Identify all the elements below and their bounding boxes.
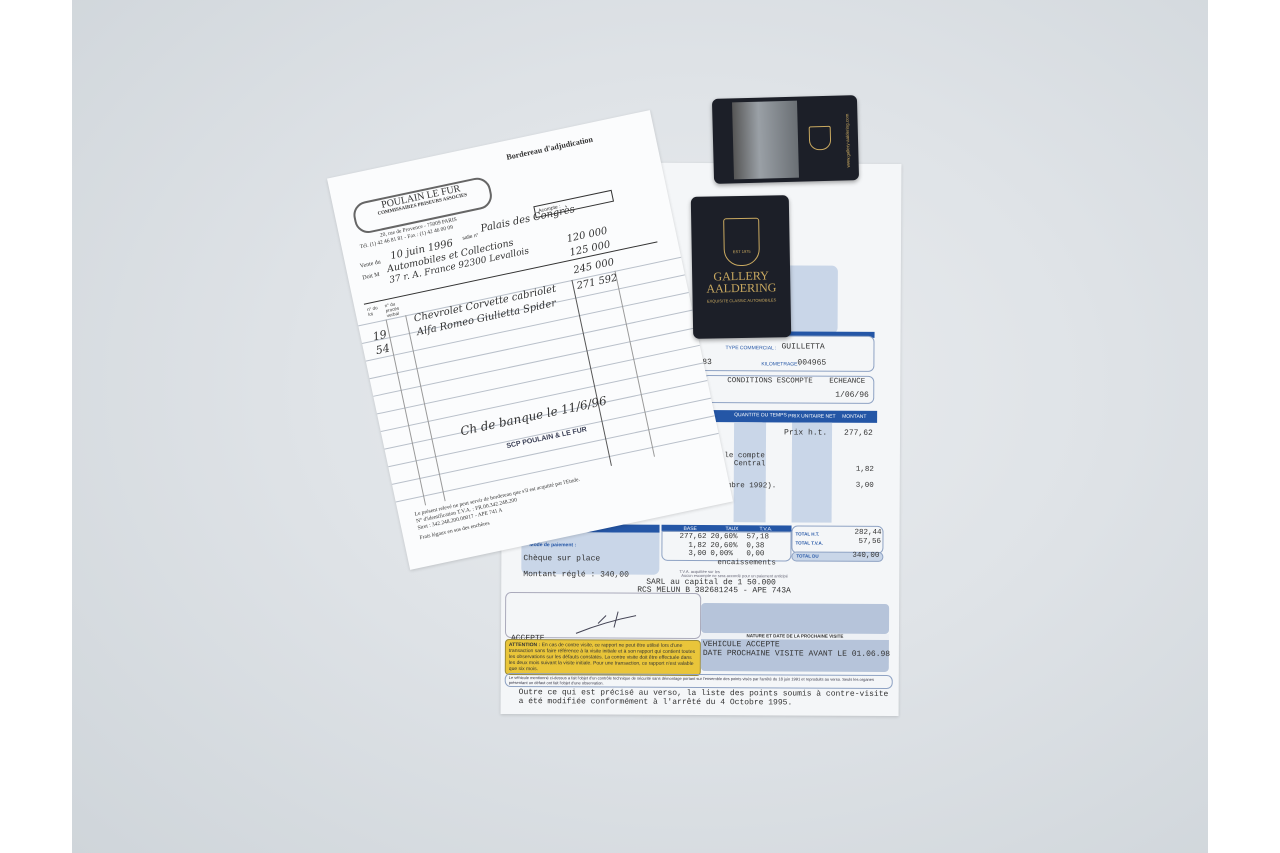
mode-paiement: Chèque sur place bbox=[523, 554, 600, 563]
total-du-box: TOTAL DU 340,00 bbox=[791, 551, 883, 561]
total-du: 340,00 bbox=[852, 552, 879, 560]
prix-ht-amount: 277,62 bbox=[844, 429, 873, 438]
gallery-booklet: EST 1975 GALLERY AALDERING EXQUISITE CLA… bbox=[691, 195, 791, 339]
crest-icon bbox=[809, 126, 832, 151]
next-visit-box: VEHICULE ACCEPTE DATE PROCHAINE VISITE A… bbox=[701, 639, 889, 672]
total-ht: 282,44 bbox=[854, 529, 881, 537]
kilometrage: 004965 bbox=[797, 359, 826, 368]
montant-regle: Montant réglé : 340,00 bbox=[523, 570, 629, 580]
gallery-business-card: www.gallery-aaldering.com bbox=[712, 95, 859, 184]
signature-box bbox=[505, 592, 701, 639]
legal-note: Le véhicule mentionné ci-dessus a fait l… bbox=[505, 673, 893, 689]
tva-table: 277,621,823,00 20,60%20,60%0,00% 57,180,… bbox=[661, 531, 791, 562]
line-items-header: QUANTITE OU TEMPS PRIX UNITAIRE NET MONT… bbox=[702, 410, 877, 423]
bordereau-title: Bordereau d'adjudication bbox=[506, 135, 594, 162]
gallery-name: GALLERY AALDERING bbox=[692, 269, 790, 295]
echeance-date: 1/06/96 bbox=[835, 391, 869, 400]
attention-box: ATTENTION : En cas de contre visite, ce … bbox=[505, 639, 701, 676]
conditions-box: CONDITIONS ESCOMPTE ECHEANCE 1/06/96 bbox=[702, 375, 874, 404]
total-tva: 57,56 bbox=[858, 538, 881, 546]
vehicle-info-box: TYPE COMMERCIAL : GUILLETTA KILOMETRAGE … bbox=[692, 335, 874, 372]
signature-mark bbox=[506, 593, 700, 638]
crest-icon: EST 1975 bbox=[723, 218, 760, 267]
type-commercial: GUILLETTA bbox=[781, 342, 824, 351]
totals-box: TOTAL H.T. 282,44 TOTAL T.V.A. 57,56 bbox=[791, 525, 883, 553]
next-visit-date: DATE PROCHAINE VISITE AVANT LE 01.06.98 bbox=[703, 649, 890, 659]
building-photo bbox=[732, 101, 799, 180]
